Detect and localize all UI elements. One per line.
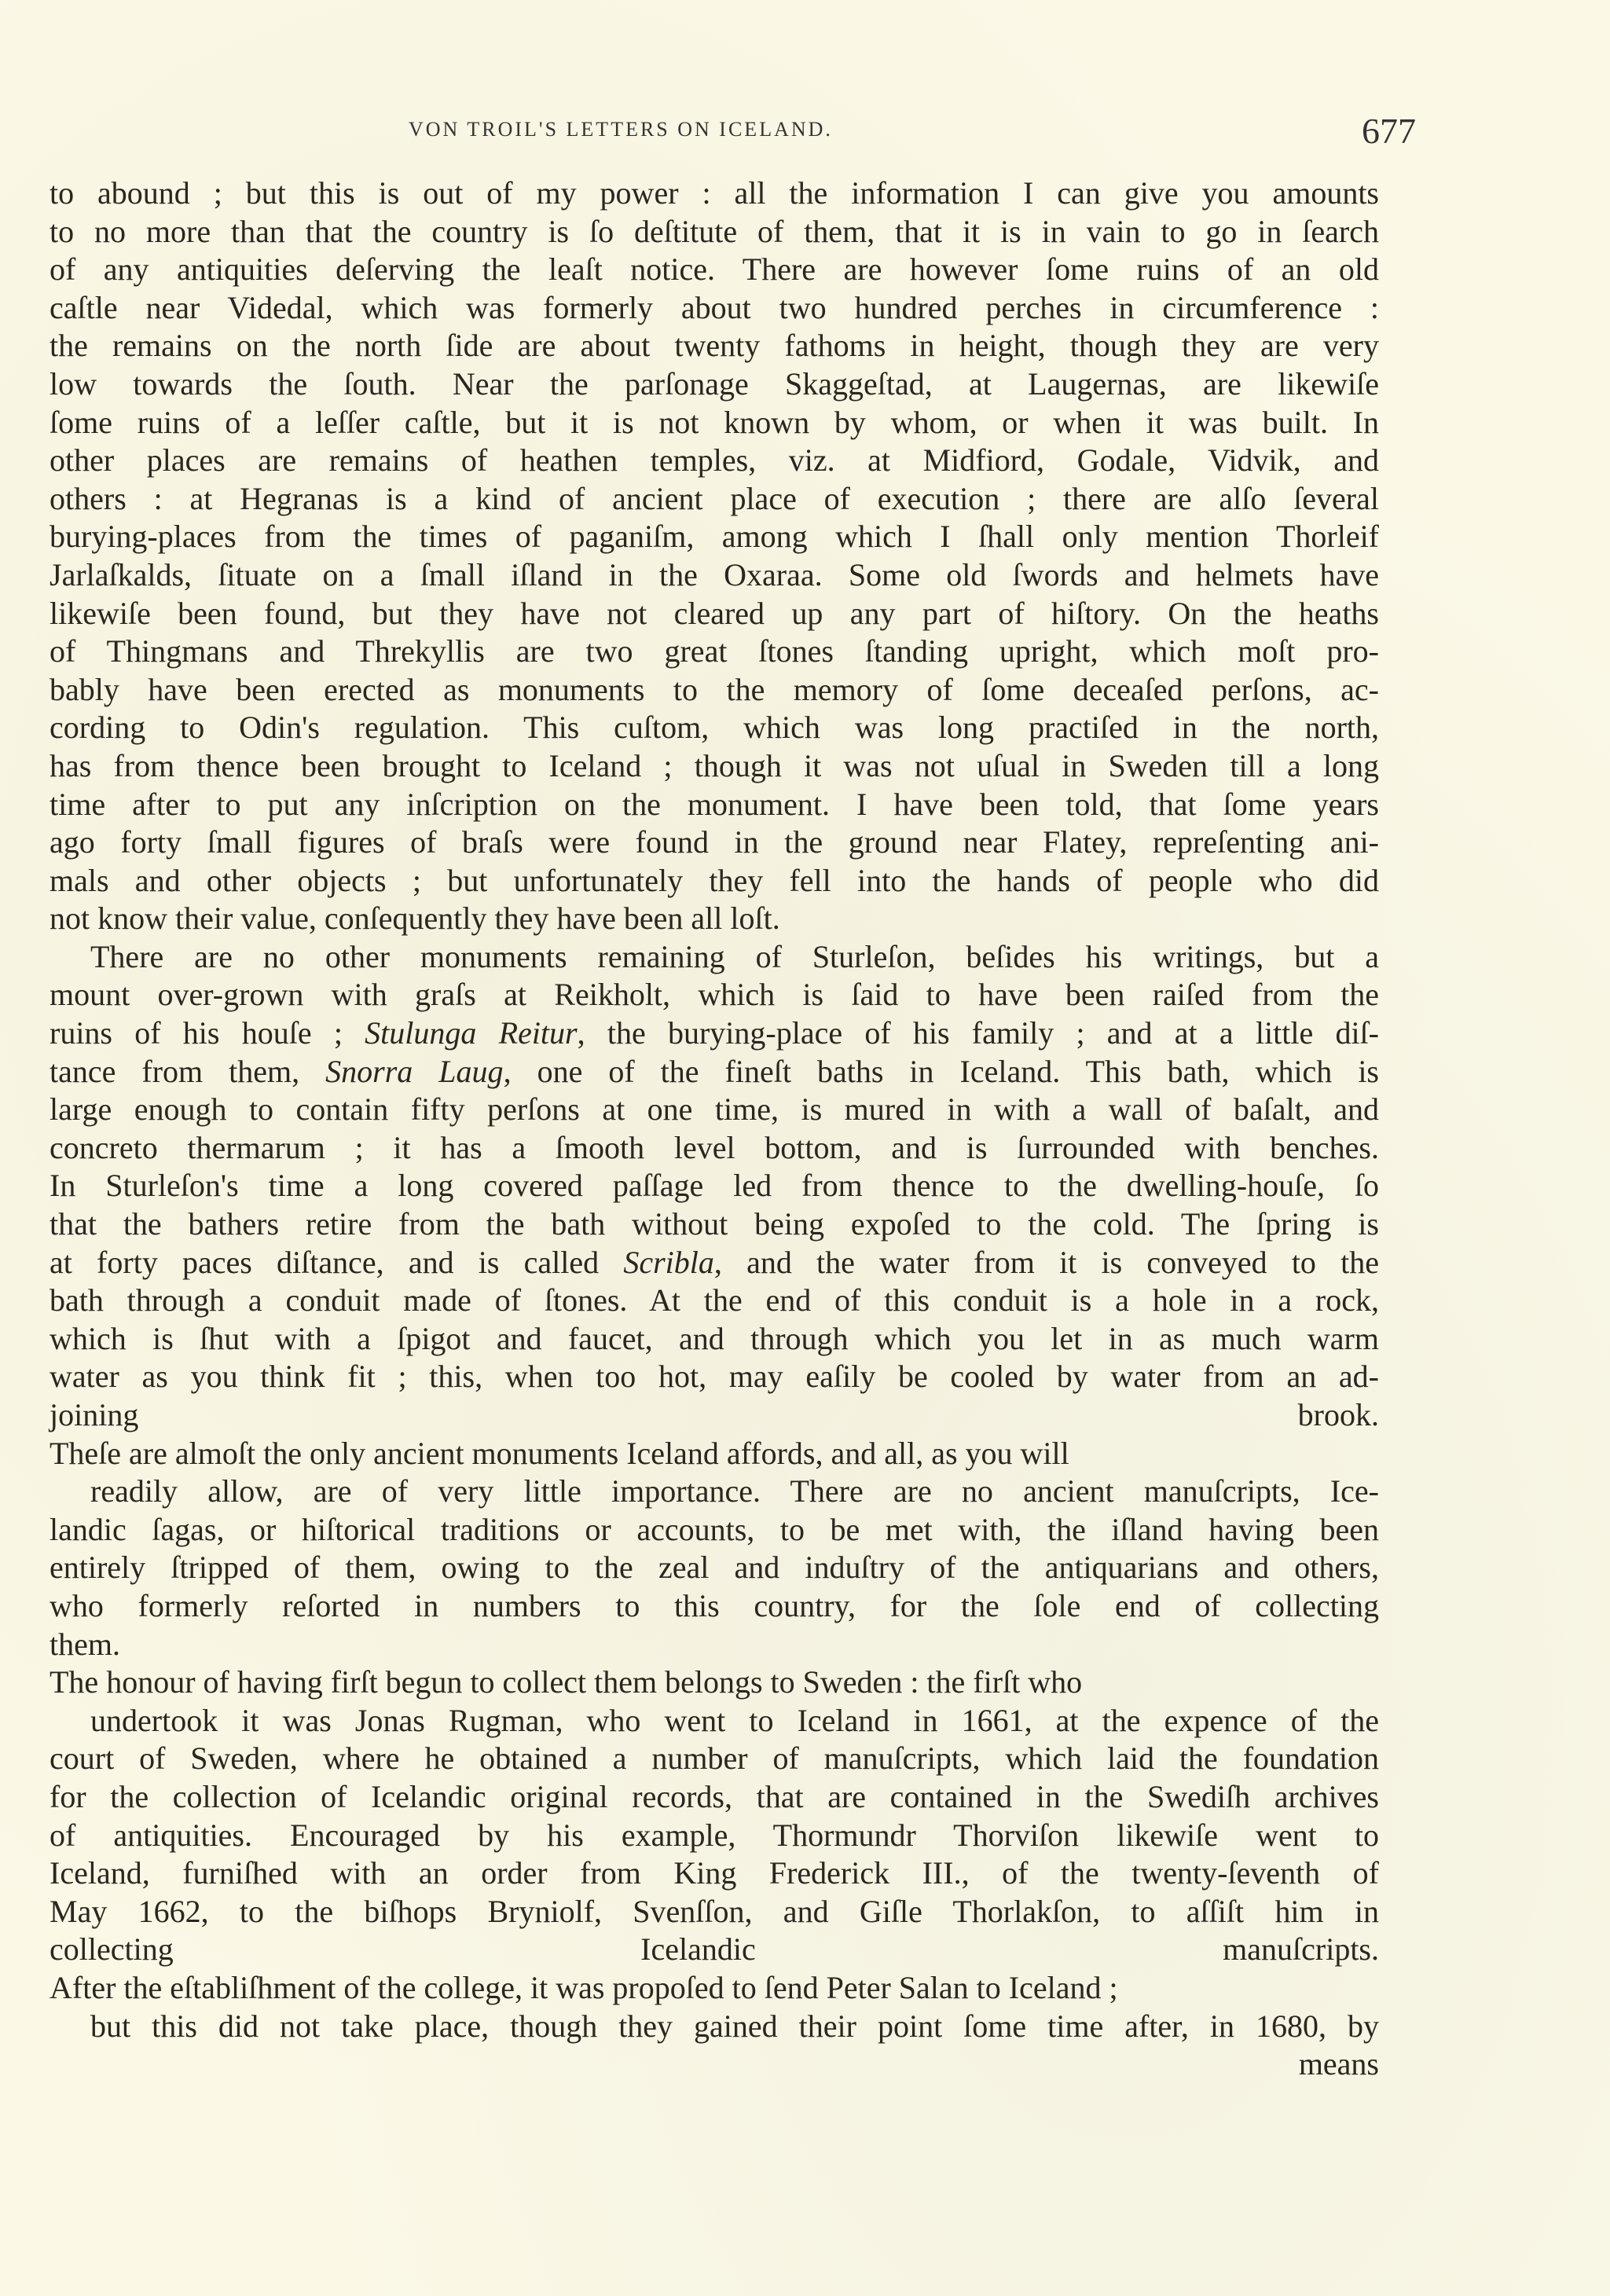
text-line: mals and other objects ; but unfortunate… [50,862,1379,900]
text-line: readily allow, are of very little import… [50,1473,1379,1511]
text-line: undertook it was Jonas Rugman, who went … [50,1702,1379,1740]
body-text: to abound ; but this is out of my power … [50,174,1379,2084]
text-line: time after to put any inſcription on the… [50,786,1379,824]
text-line: concreto thermarum ; it has a ſmooth lev… [50,1129,1379,1168]
text-line: bath through a conduit made of ſtones. A… [50,1282,1379,1320]
text-line: joining brook. [50,1396,1379,1435]
text-line: burying-places from the times of paganiſ… [50,518,1379,556]
text-line: not know their value, conſequently they … [50,900,1379,938]
text-line: cording to Odin's regulation. This cuſto… [50,709,1379,747]
text-line: has from thence been brought to Iceland … [50,747,1379,786]
text-line: the remains on the north ſide are about … [50,327,1379,365]
text-line: to no more than that the country is ſo d… [50,213,1379,251]
text-line: others : at Hegranas is a kind of ancien… [50,480,1379,519]
text-line: of antiquities. Encouraged by his exampl… [50,1817,1379,1855]
text-line: that the bathers retire from the bath wi… [50,1205,1379,1244]
text-line: who formerly reſorted in numbers to this… [50,1587,1379,1626]
text-line: ruins of his houſe ; Stulunga Reitur, th… [50,1014,1379,1053]
text-line: After the eſtabliſhment of the college, … [50,1969,1379,2008]
page-number: 677 [1362,110,1416,152]
text-line: entirely ſtripped of them, owing to the … [50,1549,1379,1587]
text-line: The honour of having firſt begun to coll… [50,1663,1379,1702]
running-head: VON TROIL's LETTERS ON ICELAND. [409,118,833,141]
text-line: to abound ; but this is out of my power … [50,174,1379,213]
text-line: landic ſagas, or hiſtorical traditions o… [50,1511,1379,1550]
text-line: Iceland, furniſhed with an order from Ki… [50,1854,1379,1893]
text-line: other places are remains of heathen temp… [50,442,1379,480]
text-line: them. [50,1626,1379,1664]
italic-term: Scribla [623,1245,714,1280]
text-line: but this did not take place, though they… [50,2008,1379,2046]
text-line: There are no other monuments remaining o… [50,938,1379,977]
text-line: of Thingmans and Threkyllis are two grea… [50,633,1379,671]
text-line: water as you think fit ; this, when too … [50,1358,1379,1396]
book-page: VON TROIL's LETTERS ON ICELAND. 677 to a… [0,0,1610,2296]
italic-term: Stulunga Reitur [365,1015,577,1051]
text-line: In Sturleſon's time a long covered paſſa… [50,1167,1379,1205]
text-line: ſome ruins of a leſſer caſtle, but it is… [50,404,1379,442]
text-line: Theſe are almoſt the only ancient monume… [50,1435,1379,1473]
catchword: means [50,2045,1379,2084]
text-line: which is ſhut with a ſpigot and faucet, … [50,1320,1379,1359]
text-line: large enough to contain fifty perſons at… [50,1091,1379,1129]
text-line: court of Sweden, where he obtained a num… [50,1740,1379,1778]
text-line: likewiſe been found, but they have not c… [50,595,1379,633]
text-line: caſtle near Videdal, which was formerly … [50,289,1379,328]
text-line: ago forty ſmall figures of braſs were fo… [50,823,1379,862]
text-line: collecting Icelandic manuſcripts. [50,1931,1379,1969]
text-line: mount over-grown with graſs at Reikholt,… [50,976,1379,1014]
text-line: bably have been erected as monuments to … [50,671,1379,710]
text-line: tance from them, Snorra Laug, one of the… [50,1053,1379,1091]
text-line: of any antiquities deſerving the leaſt n… [50,251,1379,289]
text-line: at forty paces diſtance, and is called S… [50,1244,1379,1282]
italic-term: Snorra Laug [325,1054,503,1089]
text-line: low towards the ſouth. Near the parſonag… [50,365,1379,404]
text-line: May 1662, to the biſhops Bryniolf, Svenſ… [50,1893,1379,1931]
text-line: for the collection of Icelandic original… [50,1778,1379,1817]
text-line: Jarlaſkalds, ſituate on a ſmall iſland i… [50,556,1379,595]
